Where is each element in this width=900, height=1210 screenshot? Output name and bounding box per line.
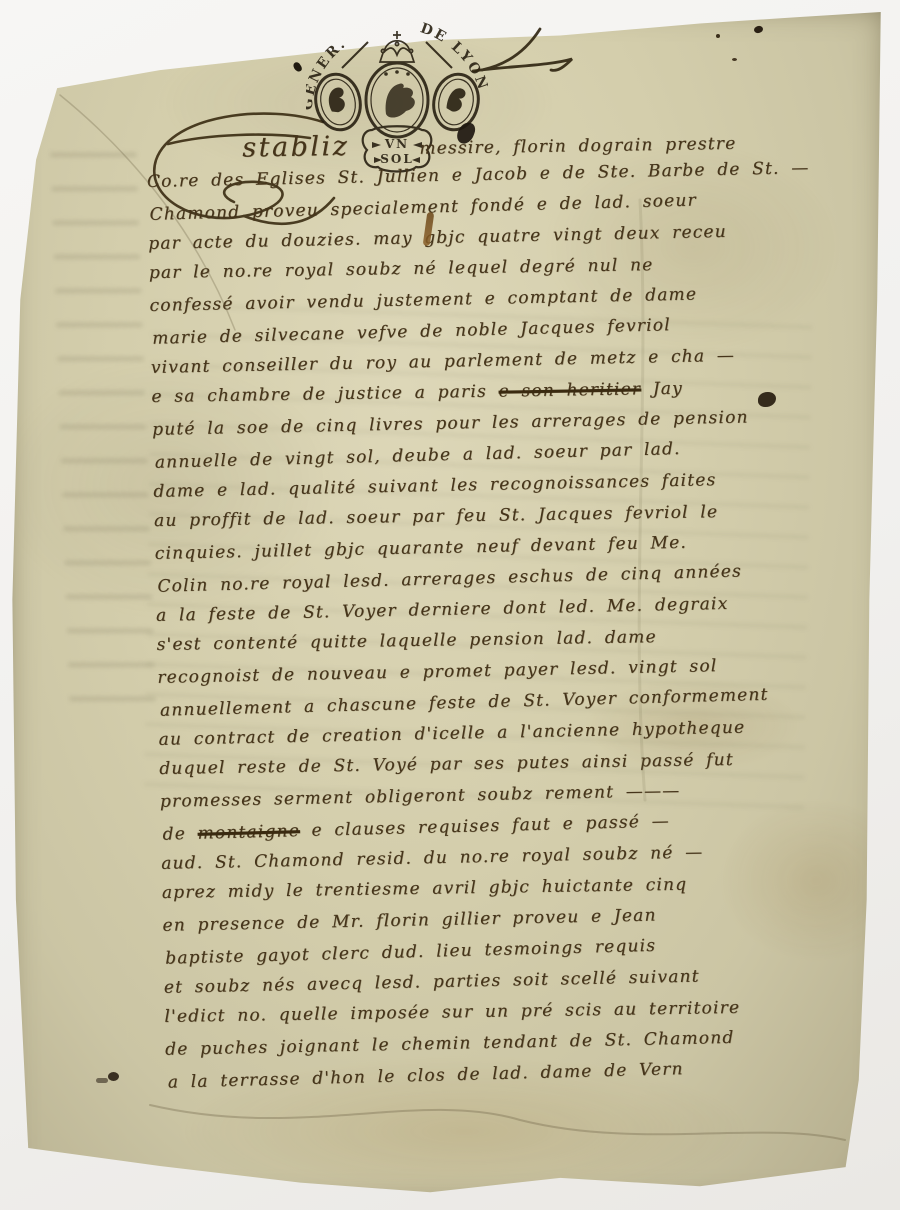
paper-creases <box>0 0 900 1210</box>
